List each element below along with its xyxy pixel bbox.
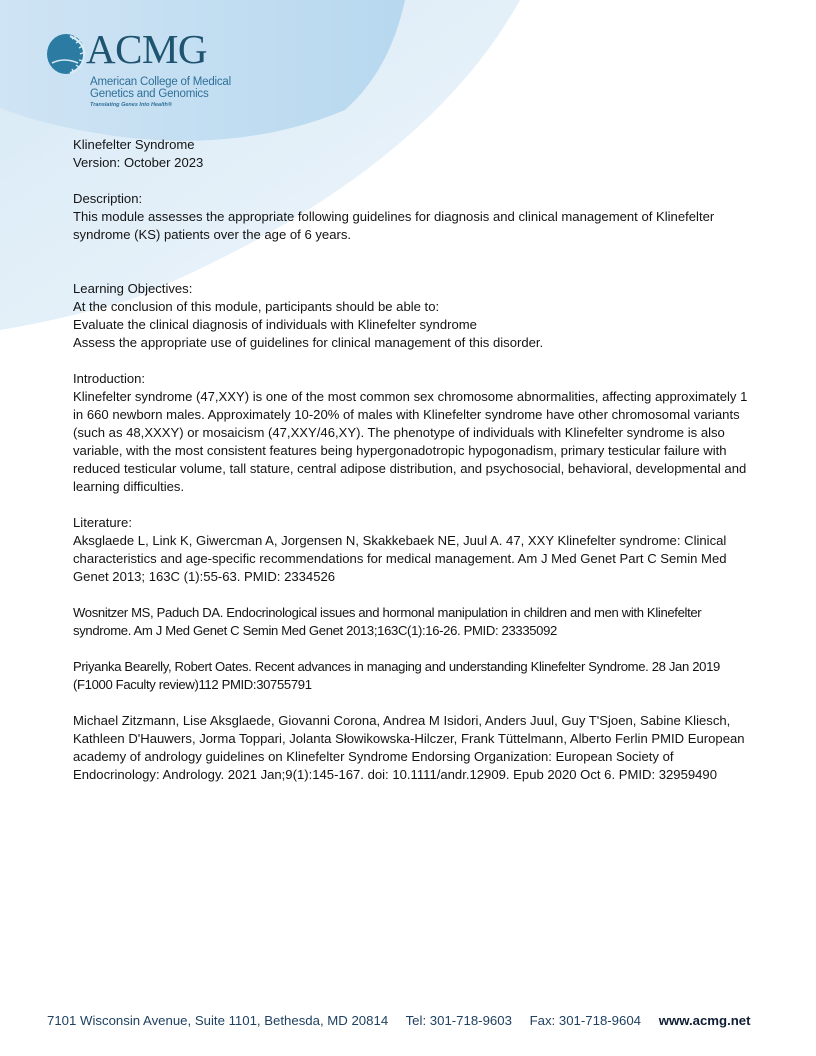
literature-reference: Wosnitzer MS, Paduch DA. Endocrinologica… bbox=[73, 604, 753, 640]
logo-name-line-2: Genetics and Genomics bbox=[90, 88, 231, 100]
footer-website-link[interactable]: www.acmg.net bbox=[659, 1013, 751, 1028]
learning-objectives-heading: Learning Objectives: bbox=[73, 280, 753, 298]
logo-tagline: Translating Genes Into Health® bbox=[90, 102, 172, 108]
document-title: Klinefelter Syndrome bbox=[73, 136, 753, 154]
acmg-logo: ACMG American College of Medical Genetic… bbox=[46, 33, 246, 113]
logo-organization-name: American College of Medical Genetics and… bbox=[90, 76, 231, 100]
literature-reference: Priyanka Bearelly, Robert Oates. Recent … bbox=[73, 658, 753, 694]
introduction-heading: Introduction: bbox=[73, 370, 753, 388]
document-version: Version: October 2023 bbox=[73, 154, 753, 172]
literature-reference: Michael Zitzmann, Lise Aksglaede, Giovan… bbox=[73, 712, 753, 784]
learning-objective-item: Evaluate the clinical diagnosis of indiv… bbox=[73, 316, 753, 334]
footer-phone: Tel: 301-718-9603 bbox=[406, 1013, 512, 1028]
logo-acronym: ACMG bbox=[86, 29, 207, 70]
footer-contact: 7101 Wisconsin Avenue, Suite 1101, Bethe… bbox=[47, 1012, 751, 1030]
footer-fax: Fax: 301-718-9604 bbox=[530, 1013, 641, 1028]
literature-heading: Literature: bbox=[73, 514, 753, 532]
description-heading: Description: bbox=[73, 190, 753, 208]
description-text: This module assesses the appropriate fol… bbox=[73, 208, 753, 244]
logo-name-line-1: American College of Medical bbox=[90, 76, 231, 88]
learning-objective-item: Assess the appropriate use of guidelines… bbox=[73, 334, 753, 352]
footer-address: 7101 Wisconsin Avenue, Suite 1101, Bethe… bbox=[47, 1013, 388, 1028]
literature-reference: Aksglaede L, Link K, Giwercman A, Jorgen… bbox=[73, 532, 753, 586]
learning-objectives-intro: At the conclusion of this module, partic… bbox=[73, 298, 753, 316]
introduction-text: Klinefelter syndrome (47,XXY) is one of … bbox=[73, 388, 753, 496]
dna-globe-icon bbox=[46, 33, 90, 75]
document-body: Klinefelter Syndrome Version: October 20… bbox=[73, 136, 753, 784]
